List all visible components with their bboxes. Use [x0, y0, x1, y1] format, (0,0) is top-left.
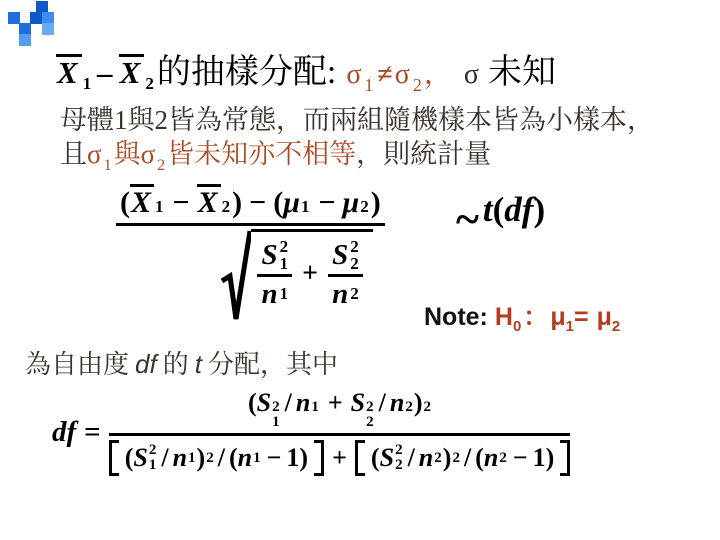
- logo-square: [42, 23, 54, 35]
- sigma-symbol: σ: [87, 139, 102, 169]
- paren: ): [371, 186, 381, 220]
- n-variable: n: [390, 388, 404, 418]
- s-variable: S: [380, 443, 394, 473]
- sup-sub-stack: 22: [395, 443, 403, 473]
- left-bracket: [355, 440, 365, 476]
- sigma-symbol: σ: [346, 59, 361, 90]
- sup-sub-stack: 22: [350, 238, 359, 272]
- minus-sign: –: [97, 55, 114, 90]
- df-fraction-denominator: (S21/n1)2/(n1−1) + (S22/n2)2/(n2−1): [109, 440, 571, 476]
- subscript: 2: [612, 318, 620, 335]
- sup-sub-stack: 22: [366, 400, 374, 430]
- subscript: 2: [157, 157, 165, 174]
- subscript: 1: [364, 75, 373, 95]
- sigma-symbol: σ: [464, 59, 479, 91]
- title-cjk-text: 的抽樣分配:: [157, 44, 336, 93]
- paragraph-line1: 母體1與2皆為常態，而兩組隨機樣本皆為小樣本，: [60, 105, 654, 135]
- intro-pre-text: 為自由度: [25, 350, 129, 379]
- title-unknown-text: 未知: [488, 44, 556, 93]
- h-symbol: H: [495, 303, 513, 331]
- subscript: 2: [222, 197, 231, 217]
- note-label: Note:: [424, 303, 488, 331]
- paren: (: [273, 186, 283, 220]
- subscript: 2: [366, 415, 374, 430]
- bracket-group-2: (S22/n2)2/(n2−1): [355, 440, 570, 476]
- subscript: 2: [145, 74, 155, 93]
- paren: (: [475, 443, 484, 473]
- xbar2-symbol: X: [197, 184, 221, 219]
- logo-square: [19, 34, 31, 46]
- main-fraction: (X1−X2)−(μ1−μ2) S21 n1 + S22: [116, 184, 385, 325]
- subscript: 2: [360, 197, 369, 217]
- paren: (: [125, 443, 134, 473]
- subscript: 1: [188, 450, 196, 467]
- subscript: 1: [149, 458, 157, 473]
- s-variable: S: [351, 388, 365, 418]
- paren: ): [443, 443, 452, 473]
- slash: /: [464, 443, 471, 473]
- red-tail-text: 皆未知亦不相等: [167, 139, 356, 169]
- plus-sign: +: [332, 443, 347, 473]
- sigma-symbol: σ: [141, 139, 156, 169]
- subscript: 1: [83, 74, 93, 93]
- superscript: 2: [280, 238, 289, 255]
- superscript: 2: [452, 450, 460, 467]
- subscript: 2: [434, 450, 442, 467]
- s2-fraction: S22 n2: [328, 238, 363, 309]
- df-argument: df: [504, 190, 533, 229]
- n-variable: n: [296, 388, 310, 418]
- paragraph-line2-prefix: 且: [60, 139, 87, 169]
- paren: (: [248, 388, 257, 418]
- paren: ): [533, 190, 545, 229]
- xbar1-symbol: X: [56, 54, 82, 90]
- note-line: Note:H0：μ1=μ2: [424, 297, 620, 335]
- subscript: 2: [413, 75, 422, 95]
- equals-sign: =: [84, 416, 101, 448]
- body-paragraph: 母體1與2皆為常態，而兩組隨機樣本皆為小樣本， 且σ1與σ2皆未知亦不相等，則統…: [60, 103, 705, 183]
- bracket-group-1: (S21/n1)2/(n1−1): [109, 440, 324, 476]
- blue-mosaic-logo-icon: [0, 0, 60, 56]
- null-hypothesis: H0：μ1=μ2: [495, 303, 620, 331]
- fraction-denominator: S21 n1 + S22 n2: [221, 229, 372, 325]
- minus-sign: −: [513, 443, 528, 473]
- s-variable: S: [332, 240, 348, 270]
- paren: (: [493, 190, 505, 229]
- subscript: 2: [499, 450, 507, 467]
- xbar1-symbol: X: [130, 184, 154, 219]
- n-variable: n: [261, 279, 277, 309]
- paren: (: [371, 443, 380, 473]
- sigma-symbol: σ: [395, 59, 410, 90]
- radical-sign-icon: [221, 229, 251, 325]
- radicand: S21 n1 + S22 n2: [251, 229, 372, 311]
- intro-mid-text: 的: [163, 350, 189, 379]
- not-equal-sign: ≠: [377, 59, 392, 90]
- distribution-relation: ~ t(df): [456, 190, 545, 242]
- n-variable: n: [419, 443, 433, 473]
- subscript: 2: [350, 285, 359, 303]
- n-variable: n: [173, 443, 187, 473]
- subscript: 1: [272, 415, 280, 430]
- fraction-bar: [257, 274, 292, 277]
- sup-sub-stack: 21: [280, 238, 289, 272]
- minus-sign: −: [267, 443, 282, 473]
- minus-sign: −: [249, 186, 266, 220]
- df-intro-line: 為自由度df的t分配，其中: [25, 344, 338, 381]
- t-variable: t: [483, 190, 493, 229]
- superscript: 2: [366, 400, 374, 415]
- intro-post-text: 分配，其中: [208, 350, 338, 379]
- superscript: 2: [149, 443, 157, 458]
- colon: ：: [523, 303, 548, 331]
- title-sigma-clause: σ1≠σ2，: [346, 52, 452, 96]
- paragraph-red-clause: σ1與σ2皆未知亦不相等: [87, 139, 356, 169]
- t-word: t: [195, 349, 202, 379]
- subscript: 1: [253, 450, 261, 467]
- right-bracket: [314, 440, 324, 476]
- n-variable: n: [238, 443, 252, 473]
- xbar2-symbol: X: [119, 54, 145, 90]
- paren: ): [232, 186, 242, 220]
- plus-sign: +: [302, 258, 318, 290]
- fraction-bar: [116, 223, 385, 226]
- s-variable: S: [133, 443, 147, 473]
- slash: /: [408, 443, 415, 473]
- tilde-symbol: ~: [456, 198, 479, 242]
- mu-symbol: μ: [550, 303, 565, 331]
- superscript: 2: [350, 238, 359, 255]
- df-word: df: [135, 349, 157, 379]
- mu-symbol: μ: [343, 186, 360, 220]
- df-formula: df= (S21/n1+S22/n2)2 (S21/n1)2/(n1−1) + …: [52, 388, 570, 476]
- df-equals: df=: [52, 416, 101, 449]
- s1-fraction: S21 n1: [257, 238, 292, 309]
- subscript: 1: [280, 285, 289, 303]
- number-one: 1: [286, 443, 299, 473]
- superscript: 2: [272, 400, 280, 415]
- subscript: 1: [301, 197, 310, 217]
- paren: ): [197, 443, 206, 473]
- df-fraction-numerator: (S21/n1+S22/n2)2: [248, 388, 431, 432]
- plus-sign: +: [328, 388, 343, 418]
- minus-sign: −: [173, 186, 190, 220]
- n-variable: n: [484, 443, 498, 473]
- superscript: 2: [424, 399, 432, 416]
- page-title: X1–X2 的抽樣分配: σ1≠σ2， σ 未知: [56, 44, 556, 96]
- df-variable: df: [52, 416, 76, 448]
- sup-sub-stack: 21: [149, 443, 157, 473]
- sup-sub-stack: 21: [272, 400, 280, 430]
- subscript: 1: [155, 197, 164, 217]
- subscript: 1: [280, 255, 289, 272]
- paren: (: [229, 443, 238, 473]
- equals-sign: =: [574, 303, 589, 331]
- left-bracket: [109, 440, 119, 476]
- s-variable: S: [261, 240, 277, 270]
- paragraph-line2-suffix: ，則統計量: [356, 139, 491, 169]
- paren: ): [299, 443, 308, 473]
- n-variable: n: [332, 279, 348, 309]
- right-bracket: [560, 440, 570, 476]
- paren: (: [120, 186, 130, 220]
- slide: X1–X2 的抽樣分配: σ1≠σ2， σ 未知 母體1與2皆為常態，而兩組隨機…: [0, 0, 720, 540]
- subscript: 1: [566, 318, 574, 335]
- slash: /: [285, 388, 292, 418]
- subscript: 2: [405, 399, 413, 416]
- superscript: 2: [206, 450, 214, 467]
- subscript: 1: [104, 157, 112, 174]
- subscript: 1: [311, 399, 319, 416]
- fraction-bar: [328, 274, 363, 277]
- slash: /: [161, 443, 168, 473]
- paren: ): [414, 388, 423, 418]
- subscript: 0: [513, 318, 521, 335]
- slash: /: [218, 443, 225, 473]
- df-fraction: (S21/n1+S22/n2)2 (S21/n1)2/(n1−1) + (S22…: [109, 388, 571, 476]
- t-df-expression: t(df): [483, 190, 545, 230]
- slash: /: [379, 388, 386, 418]
- fraction-numerator: (X1−X2)−(μ1−μ2): [116, 184, 385, 223]
- logo-square: [30, 12, 42, 24]
- fraction-bar: [109, 433, 571, 436]
- superscript: 2: [395, 443, 403, 458]
- mu-symbol: μ: [597, 303, 612, 331]
- comma: ，: [424, 59, 452, 90]
- title-math-xbar-diff: X1–X2: [56, 54, 155, 94]
- and-word: 與: [114, 139, 141, 169]
- subscript: 2: [395, 458, 403, 473]
- minus-sign: −: [318, 186, 335, 220]
- s-variable: S: [257, 388, 271, 418]
- number-one: 1: [533, 443, 546, 473]
- subscript: 2: [350, 255, 359, 272]
- mu-symbol: μ: [283, 186, 300, 220]
- paren: ): [546, 443, 555, 473]
